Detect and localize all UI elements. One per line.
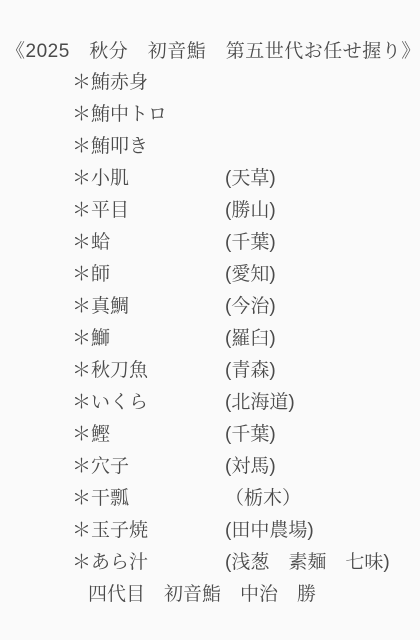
menu-item-name: ＊平目 [72, 195, 129, 227]
menu-item-name: ＊穴子 [72, 451, 129, 483]
menu-item-origin: (天草) [225, 163, 276, 195]
menu-item: ＊小肌(天草) [0, 163, 420, 195]
menu-item: ＊玉子焼(田中農場) [0, 515, 420, 547]
menu-item: ＊師(愛知) [0, 259, 420, 291]
menu-item: ＊秋刀魚(青森) [0, 355, 420, 387]
menu-page: 《2025 秋分 初音鮨 第五世代お任せ握り》 ＊鮪赤身＊鮪中トロ＊鮪叩き＊小肌… [0, 0, 420, 640]
menu-item-name: ＊干瓢 [72, 483, 129, 515]
menu-item-name: ＊鰹 [72, 419, 110, 451]
menu-item-name: ＊鮪叩き [72, 131, 148, 163]
menu-item-name: ＊師 [72, 259, 110, 291]
menu-item-name: ＊あら汁 [72, 547, 148, 579]
menu-item-name: ＊玉子焼 [72, 515, 148, 547]
signature-line: 四代目 初音鮨 中治 勝 [88, 579, 316, 611]
menu-item: ＊鰹(千葉) [0, 419, 420, 451]
menu-item: ＊平目(勝山) [0, 195, 420, 227]
menu-item-origin: (今治) [225, 291, 276, 323]
menu-item-name: ＊鮪赤身 [72, 67, 148, 99]
menu-list: ＊鮪赤身＊鮪中トロ＊鮪叩き＊小肌(天草)＊平目(勝山)＊蛤(千葉)＊師(愛知)＊… [0, 67, 420, 579]
menu-item: ＊鮪赤身 [0, 67, 420, 99]
menu-item-origin: (浅葱 素麺 七味) [225, 547, 390, 579]
menu-item-name: ＊いくら [72, 387, 148, 419]
menu-item-name: ＊秋刀魚 [72, 355, 148, 387]
menu-item-origin: (対馬) [225, 451, 276, 483]
menu-item-origin: (羅臼) [225, 323, 276, 355]
menu-title: 《2025 秋分 初音鮨 第五世代お任せ握り》 [6, 36, 420, 68]
menu-item-name: ＊真鯛 [72, 291, 129, 323]
menu-item-name: ＊小肌 [72, 163, 129, 195]
menu-item-name: ＊鮪中トロ [72, 99, 167, 131]
menu-item-origin: （栃木） [225, 483, 301, 515]
menu-item: ＊穴子(対馬) [0, 451, 420, 483]
menu-item: ＊鰤(羅臼) [0, 323, 420, 355]
menu-item: ＊鮪叩き [0, 131, 420, 163]
menu-item: ＊いくら(北海道) [0, 387, 420, 419]
menu-item-origin: (勝山) [225, 195, 276, 227]
menu-item: ＊あら汁(浅葱 素麺 七味) [0, 547, 420, 579]
menu-item: ＊干瓢（栃木） [0, 483, 420, 515]
menu-item: ＊蛤(千葉) [0, 227, 420, 259]
menu-item-origin: (愛知) [225, 259, 276, 291]
menu-item-name: ＊鰤 [72, 323, 110, 355]
menu-item: ＊真鯛(今治) [0, 291, 420, 323]
menu-item-origin: (千葉) [225, 227, 276, 259]
menu-item-origin: (青森) [225, 355, 276, 387]
menu-item: ＊鮪中トロ [0, 99, 420, 131]
menu-item-name: ＊蛤 [72, 227, 110, 259]
menu-item-origin: (北海道) [225, 387, 295, 419]
menu-item-origin: (田中農場) [225, 515, 314, 547]
menu-item-origin: (千葉) [225, 419, 276, 451]
